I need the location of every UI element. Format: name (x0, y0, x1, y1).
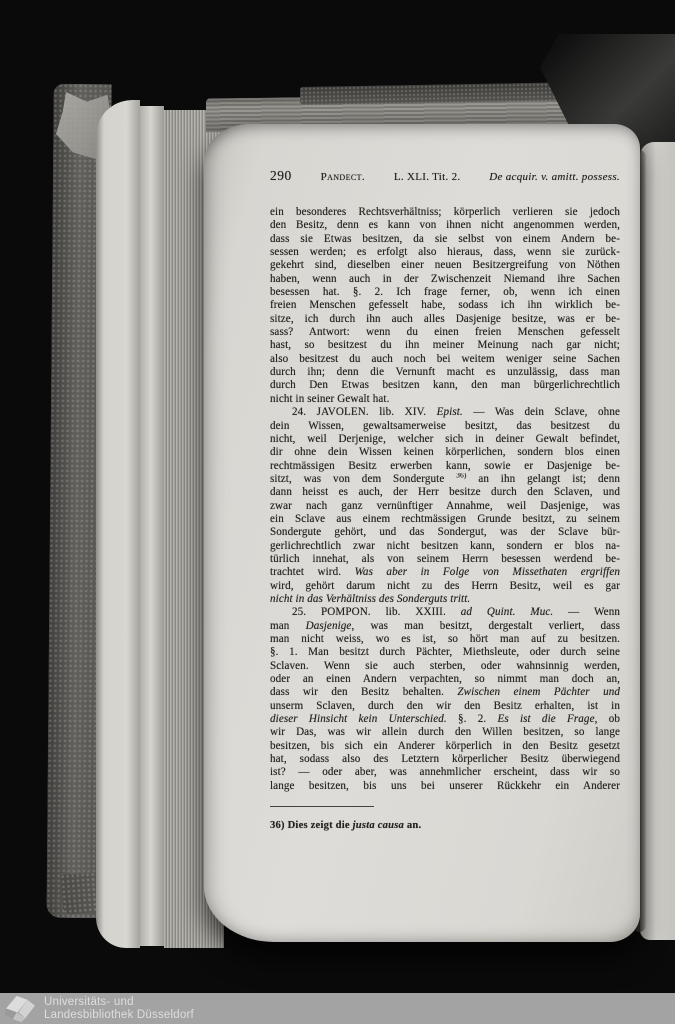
header-title: L. XLI. Tit. 2. (394, 169, 461, 185)
text-line: unserm Sclaven, durch den wir den Besitz… (270, 700, 620, 713)
text-line: nicht in das Verhältniss des Sonderguts … (270, 593, 620, 606)
text-line: gekehrt sind, dieselben einer neuen Besi… (270, 259, 620, 272)
library-name: Universitäts- und Landesbibliothek Düsse… (44, 996, 194, 1022)
library-banner: Universitäts- und Landesbibliothek Düsse… (0, 993, 675, 1024)
ulb-open-book-logo-icon (2, 993, 39, 1024)
text-line: türlich innehat, als von seinem Herrn be… (270, 553, 620, 566)
text-line: besessen hat. §. 2. Ich frage ferner, ob… (270, 286, 620, 299)
text-line: ein besonderes Rechtsverhältniss; körper… (270, 206, 620, 219)
text-line: 25. POMPON. lib. XXIII. ad Quint. Muc. —… (270, 606, 620, 619)
text-line: haben, wenn auch in der Zwischenzeit Nie… (270, 273, 620, 286)
text-line: trachtet wird. Was aber in Folge von Mis… (270, 566, 620, 579)
text-line: dann heisst es auch, der Herr besitze du… (270, 486, 620, 499)
library-name-line1: Universitäts- und (44, 996, 194, 1009)
text-line: rechtmässigen Besitz erwerben kann, sowi… (270, 460, 620, 473)
text-line: nicht, weil Derjenige, welcher sich in d… (270, 433, 620, 446)
text-line: sass? Antwort: wenn du einen freien Mens… (270, 326, 620, 339)
page-number: 290 (270, 168, 292, 184)
text-line: dieser Hinsicht kein Unterschied. §. 2. … (270, 713, 620, 726)
text-line: dass sie Etwas besitzen, da sie selbst v… (270, 233, 620, 246)
text-line: durch ihn; denn die Vernunft macht es un… (270, 366, 620, 379)
body-text: ein besonderes Rechtsverhältniss; körper… (270, 206, 620, 793)
text-line: wir Das, was wir allein durch den Willen… (270, 726, 620, 739)
header-title-smallcaps: Pandect. (321, 169, 366, 185)
text-line: dein Wissen, gewaltsamerweise besitzt, d… (270, 420, 620, 433)
text-line: §. 1. Man besitzt durch Pächter, Miethsl… (270, 646, 620, 659)
text-line: Sondergute gehört, und das Sondergut, wa… (270, 526, 620, 539)
text-line: den Besitz, denn es kann von ihnen nicht… (270, 219, 620, 232)
book-scan-photo: 290 Pandect. L. XLI. Tit. 2. De acquir. … (0, 0, 675, 1024)
text-line: wird, gehört darum nicht zu des Herrn Be… (270, 580, 620, 593)
text-line: besitzen, bis sich ein Anderer körperlic… (270, 740, 620, 753)
text-line: dir ohne dein Wissen keinen körperlichen… (270, 446, 620, 459)
footnote: 36) Dies zeigt die justa causa an. (270, 820, 620, 831)
text-line: zwar nach ganz vernünftiger Annahme, wei… (270, 500, 620, 513)
text-line: man nicht weiss, wo es ist, so hört man … (270, 633, 620, 646)
text-line: 24. JAVOLEN. lib. XIV. Epist. — Was dein… (270, 406, 620, 419)
text-line: man Dasjenige, was man besitzt, dergesta… (270, 620, 620, 633)
library-name-line2: Landesbibliothek Düsseldorf (44, 1009, 194, 1022)
text-line: sitze, ich durch ihn auch alles Dasjenig… (270, 313, 620, 326)
text-line: hat, sodass also des Letztern körperlich… (270, 753, 620, 766)
text-line: Sclaven. Wenn sie auch sterben, oder wah… (270, 660, 620, 673)
text-line: sessen werden; es erfolgt also hieraus, … (270, 246, 620, 259)
text-line: ein Sclave aus einem rechtmässigen Grund… (270, 513, 620, 526)
page-content: 290 Pandect. L. XLI. Tit. 2. De acquir. … (270, 168, 620, 831)
text-line: hast, so besitzest du ihn meiner Meinung… (270, 339, 620, 352)
text-line: ist? — oder aber, was annehmlicher ersch… (270, 766, 620, 779)
header-subtitle: De acquir. v. amitt. possess. (489, 169, 620, 185)
footnote-rule (270, 806, 374, 807)
text-line: also besitzest du auch noch bei weitem w… (270, 353, 620, 366)
text-line: oder an einen Andern verpachten, so nimm… (270, 673, 620, 686)
text-line: sitzt, was von dem Sondergute 36) an ihn… (270, 473, 620, 486)
text-line: freien Menschen gefesselt habe, sodass i… (270, 299, 620, 312)
text-line: durch Den Etwas besitzen kann, den man b… (270, 379, 620, 392)
running-header: 290 Pandect. L. XLI. Tit. 2. De acquir. … (270, 168, 620, 185)
text-line: dass wir den Besitz behalten. Zwischen e… (270, 686, 620, 699)
text-line: gerlichrechtlich zwar nicht besitzen kan… (270, 540, 620, 553)
text-line: lange besitzen, bis uns bei unserer Rück… (270, 780, 620, 793)
text-line: nicht in seiner Gewalt hat. (270, 393, 620, 406)
